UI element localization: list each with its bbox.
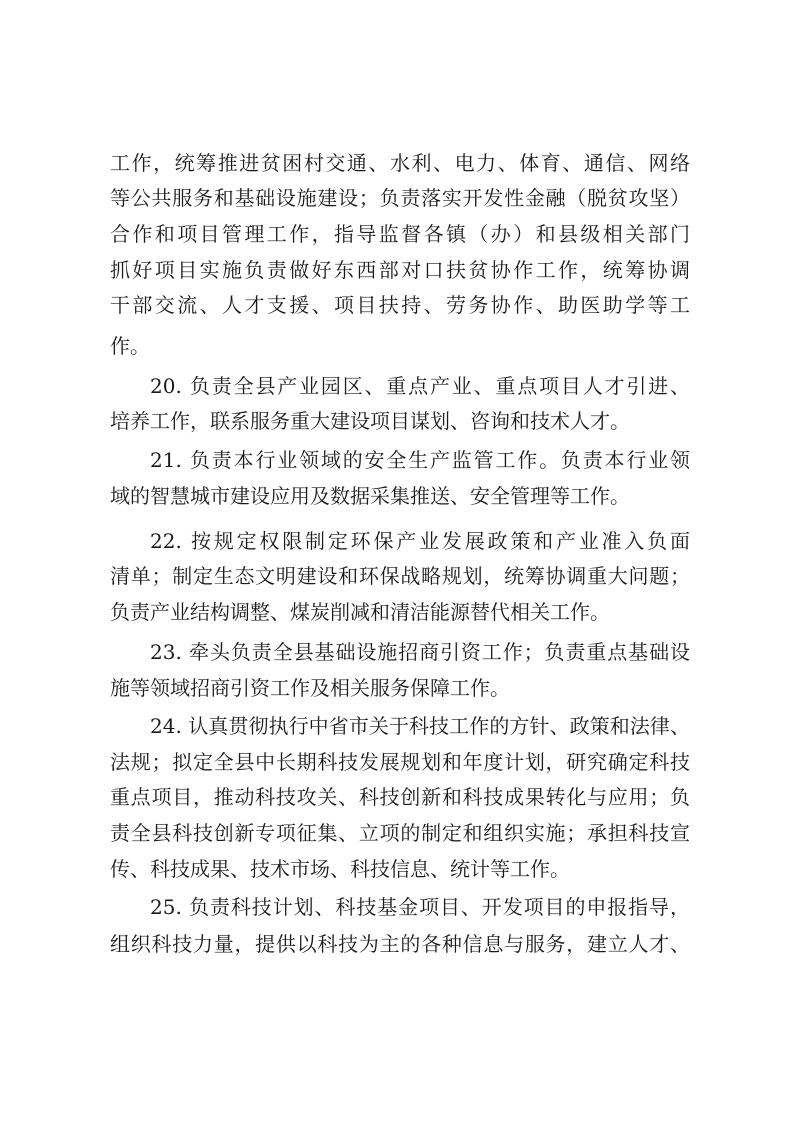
document-page: 工作，统筹推进贫困村交通、水利、电力、体育、通信、网络 等公共服务和基础设施建设… (0, 0, 792, 1121)
text-line: 干部交流、人才支援、项目扶持、劳务协作、助医助学等工 (110, 290, 690, 320)
text-line: 法规；拟定全县中长期科技发展规划和年度计划，研究确定科技 (110, 747, 690, 777)
text-line: 清单；制定生态文明建设和环保战略规划，统筹协调重大问题； (110, 561, 690, 591)
text-line: 施等领域招商引资工作及相关服务保障工作。 (110, 673, 690, 703)
item-21-heading-line: 21. 负责本行业领域的安全生产监管工作。负责本行业领 (150, 445, 690, 475)
text-line: 合作和项目管理工作，指导监督各镇（办）和县级相关部门 (110, 219, 690, 249)
item-23-heading-line: 23. 牵头负责全县基础设施招商引资工作；负责重点基础设 (150, 637, 690, 667)
item-20-heading-line: 20. 负责全县产业园区、重点产业、重点项目人才引进、 (150, 371, 690, 401)
text-line: 抓好项目实施负责做好东西部对口扶贫协作工作，统筹协调 (110, 255, 690, 285)
item-25-heading-line: 25. 负责科技计划、科技基金项目、开发项目的申报指导， (150, 892, 690, 922)
text-line: 工作，统筹推进贫困村交通、水利、电力、体育、通信、网络 (110, 148, 690, 178)
text-line: 域的智慧城市建设应用及数据采集推送、安全管理等工作。 (110, 481, 690, 511)
item-22-heading-line: 22. 按规定权限制定环保产业发展政策和产业准入负面 (150, 526, 690, 556)
text-line: 培养工作，联系服务重大建设项目谋划、咨询和技术人才。 (110, 406, 690, 436)
text-line: 作。 (110, 331, 690, 361)
item-24-heading-line: 24. 认真贯彻执行中省市关于科技工作的方针、政策和法律、 (150, 711, 690, 741)
text-line: 组织科技力量，提供以科技为主的各种信息与服务，建立人才、 (110, 929, 690, 959)
text-line: 传、科技成果、技术市场、科技信息、统计等工作。 (110, 854, 690, 884)
text-line: 责全县科技创新专项征集、立项的制定和组织实施；承担科技宣 (110, 818, 690, 848)
text-line: 负责产业结构调整、煤炭削减和清洁能源替代相关工作。 (110, 597, 690, 627)
text-line: 重点项目，推动科技攻关、科技创新和科技成果转化与应用；负 (110, 782, 690, 812)
text-line: 等公共服务和基础设施建设；负责落实开发性金融（脱贫攻坚） (110, 183, 690, 213)
